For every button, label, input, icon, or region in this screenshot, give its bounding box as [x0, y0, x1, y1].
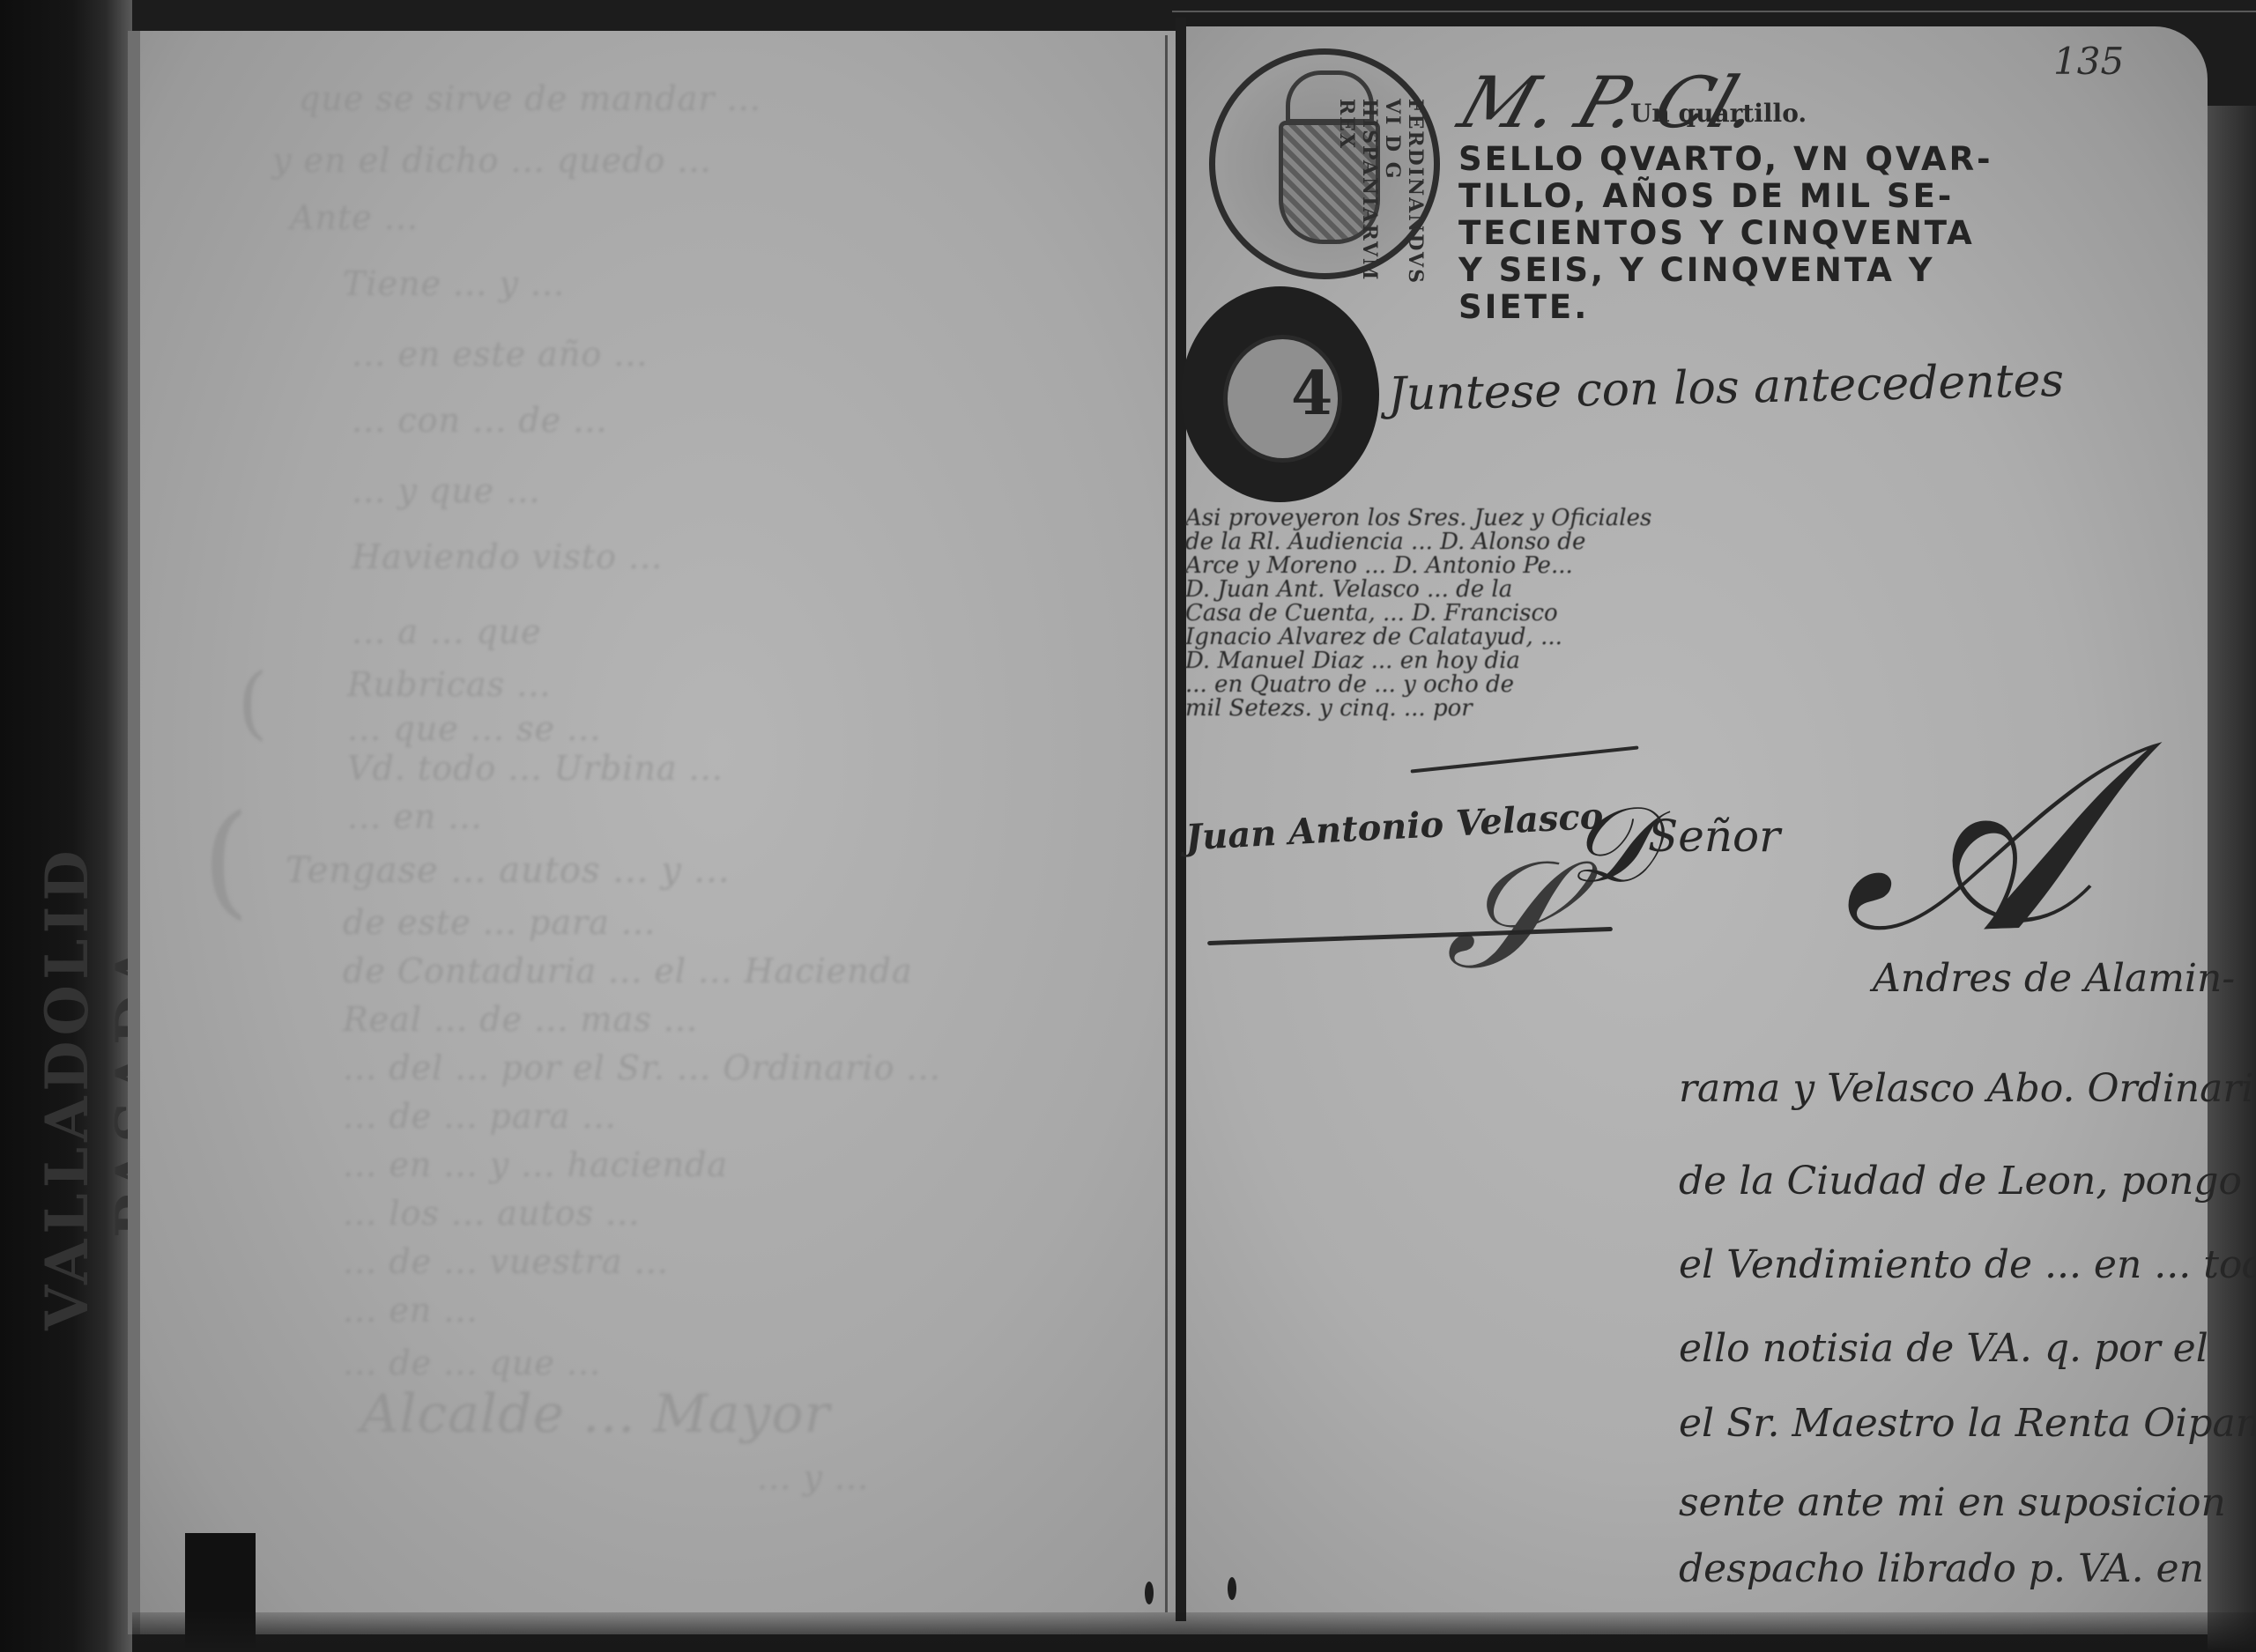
folio-note: Un quartillo.	[1630, 99, 1807, 128]
ghost-line: ... y que ...	[352, 471, 540, 510]
ghost-line: ... en este año ...	[352, 335, 649, 374]
annotation-line: ... en Quatro de ... y ocho de	[1185, 673, 1696, 697]
ghost-line: Haviendo visto ...	[352, 537, 663, 576]
ghost-line: que se sirve de mandar ...	[299, 79, 761, 118]
ghost-line: Vd. todo ... Urbina ...	[347, 749, 724, 788]
ghost-line: ... en ...	[347, 797, 483, 836]
left-page: ( ( que se sirve de mandar ... y en el d…	[128, 31, 1193, 1634]
annotation-line: mil Setezs. y cinq. ... por	[1185, 697, 1696, 721]
page-fold	[1165, 35, 1168, 1612]
ghost-line: Real ... de ... mas ...	[343, 1000, 698, 1039]
stamp-header-line: Y SEIS, Y CINQVENTA Y	[1458, 252, 2093, 289]
annotation-line: D. Manuel Diaz ... en hoy dia	[1185, 649, 1696, 673]
annotation-line: de la Rl. Audiencia ... D. Alonso de	[1185, 530, 1696, 554]
stamped-paper-header: SELLO QVARTO, VN QVAR- TILLO, AÑOS DE MI…	[1458, 141, 2093, 326]
ghost-bracket: (	[202, 789, 250, 932]
body-line: ello notisia de VA. q. por el	[1679, 1326, 2208, 1371]
rubric-flourish: 𝒟	[1569, 784, 1653, 907]
book-spine: VALLADOLID PASADA	[0, 0, 132, 1652]
ghost-line: Alcalde ... Mayor	[360, 1383, 830, 1445]
ghost-line: Tengase ... autos ... y ...	[286, 850, 731, 891]
ghost-line: ... del ... por el Sr. ... Ordinario ...	[343, 1048, 941, 1087]
royal-seal: FERDINANDVS VI D G HISPANIARVM REX	[1209, 48, 1440, 279]
ghost-line: y en el dicho ... quedo ...	[272, 141, 712, 180]
ghost-line: ... a ... que	[352, 612, 542, 651]
body-line: sente ante mi en suposicion	[1679, 1480, 2226, 1525]
spine-label: VALLADOLID PASADA	[32, 824, 102, 1352]
scan-background: VALLADOLID PASADA ( ( que se sirve de ma…	[0, 0, 2256, 1652]
ghost-line: de Contaduria ... el ... Hacienda	[343, 952, 913, 990]
body-line: el Sr. Maestro la Renta Oipan	[1679, 1401, 2256, 1446]
annotation-line: D. Juan Ant. Velasco ... de la	[1185, 578, 1696, 602]
ink-blot	[1228, 1577, 1236, 1600]
annotation-line: Casa de Cuenta, ... D. Francisco	[1185, 602, 1696, 626]
body-line: rama y Velasco Abo. Ordinario	[1679, 1066, 2256, 1111]
page-number: 135	[2053, 40, 2124, 83]
stamp-header-line: TECIENTOS Y CINQVENTA	[1458, 215, 2093, 252]
rubric-flourish: 𝒮	[1445, 828, 1562, 1004]
body-line: Andres de Alamin-	[1873, 956, 2235, 1001]
scan-scratch	[1172, 11, 2256, 12]
ghost-bracket: (	[237, 656, 268, 749]
ghost-line: ... en ... y ... hacienda	[343, 1145, 728, 1184]
ghost-line: ... de ... que ...	[343, 1344, 601, 1382]
ghost-line: Tiene ... y ...	[343, 264, 565, 303]
seal-legend: FERDINANDVS VI D G HISPANIARVM REX	[1400, 99, 1427, 248]
annotation-line: Asi proveyeron los Sres. Juez y Oficiale…	[1185, 507, 1696, 530]
ghost-line: ... de ... vuestra ...	[343, 1242, 669, 1281]
annotation-line: Arce y Moreno ... D. Antonio Pe...	[1185, 554, 1696, 578]
ghost-line: ... con ... de ...	[352, 401, 607, 440]
salutation: Señor	[1648, 811, 1780, 862]
ink-blot	[1145, 1582, 1154, 1604]
ghost-line: Ante ...	[290, 198, 419, 237]
initial-capital-a: 𝒜	[1842, 705, 2092, 969]
ghost-line: ... de ... para ...	[343, 1097, 617, 1136]
ghost-line: ... en ...	[343, 1291, 479, 1330]
ghost-line: ... y ...	[757, 1458, 869, 1497]
ghost-line: ... los ... autos ...	[343, 1194, 640, 1233]
ghost-line: Rubricas ...	[347, 665, 551, 704]
scan-bottom-border	[132, 1612, 2256, 1652]
stamp-header-line: SIETE.	[1458, 289, 2093, 326]
body-line: el Vendimiento de ... en ... todas	[1679, 1242, 2256, 1287]
annotation-line: Ignacio Alvarez de Calatayud, ...	[1185, 626, 1696, 649]
ghost-line: ... que ... se ...	[347, 709, 601, 748]
body-line: despacho librado p. VA. en	[1679, 1546, 2204, 1591]
seal-inner: 4	[1223, 335, 1342, 463]
body-line: de la Ciudad de Leon, pongo Con	[1679, 1159, 2256, 1204]
decree-annotation: Asi proveyeron los Sres. Juez y Oficiale…	[1185, 507, 1696, 721]
stamp-header-line: SELLO QVARTO, VN QVAR-	[1458, 141, 2093, 178]
stamp-header-line: TILLO, AÑOS DE MIL SE-	[1458, 178, 2093, 215]
seal-number: 4	[1291, 359, 1332, 429]
habilitation-seal: 4	[1181, 286, 1379, 502]
ghost-line: de este ... para ...	[343, 903, 656, 942]
